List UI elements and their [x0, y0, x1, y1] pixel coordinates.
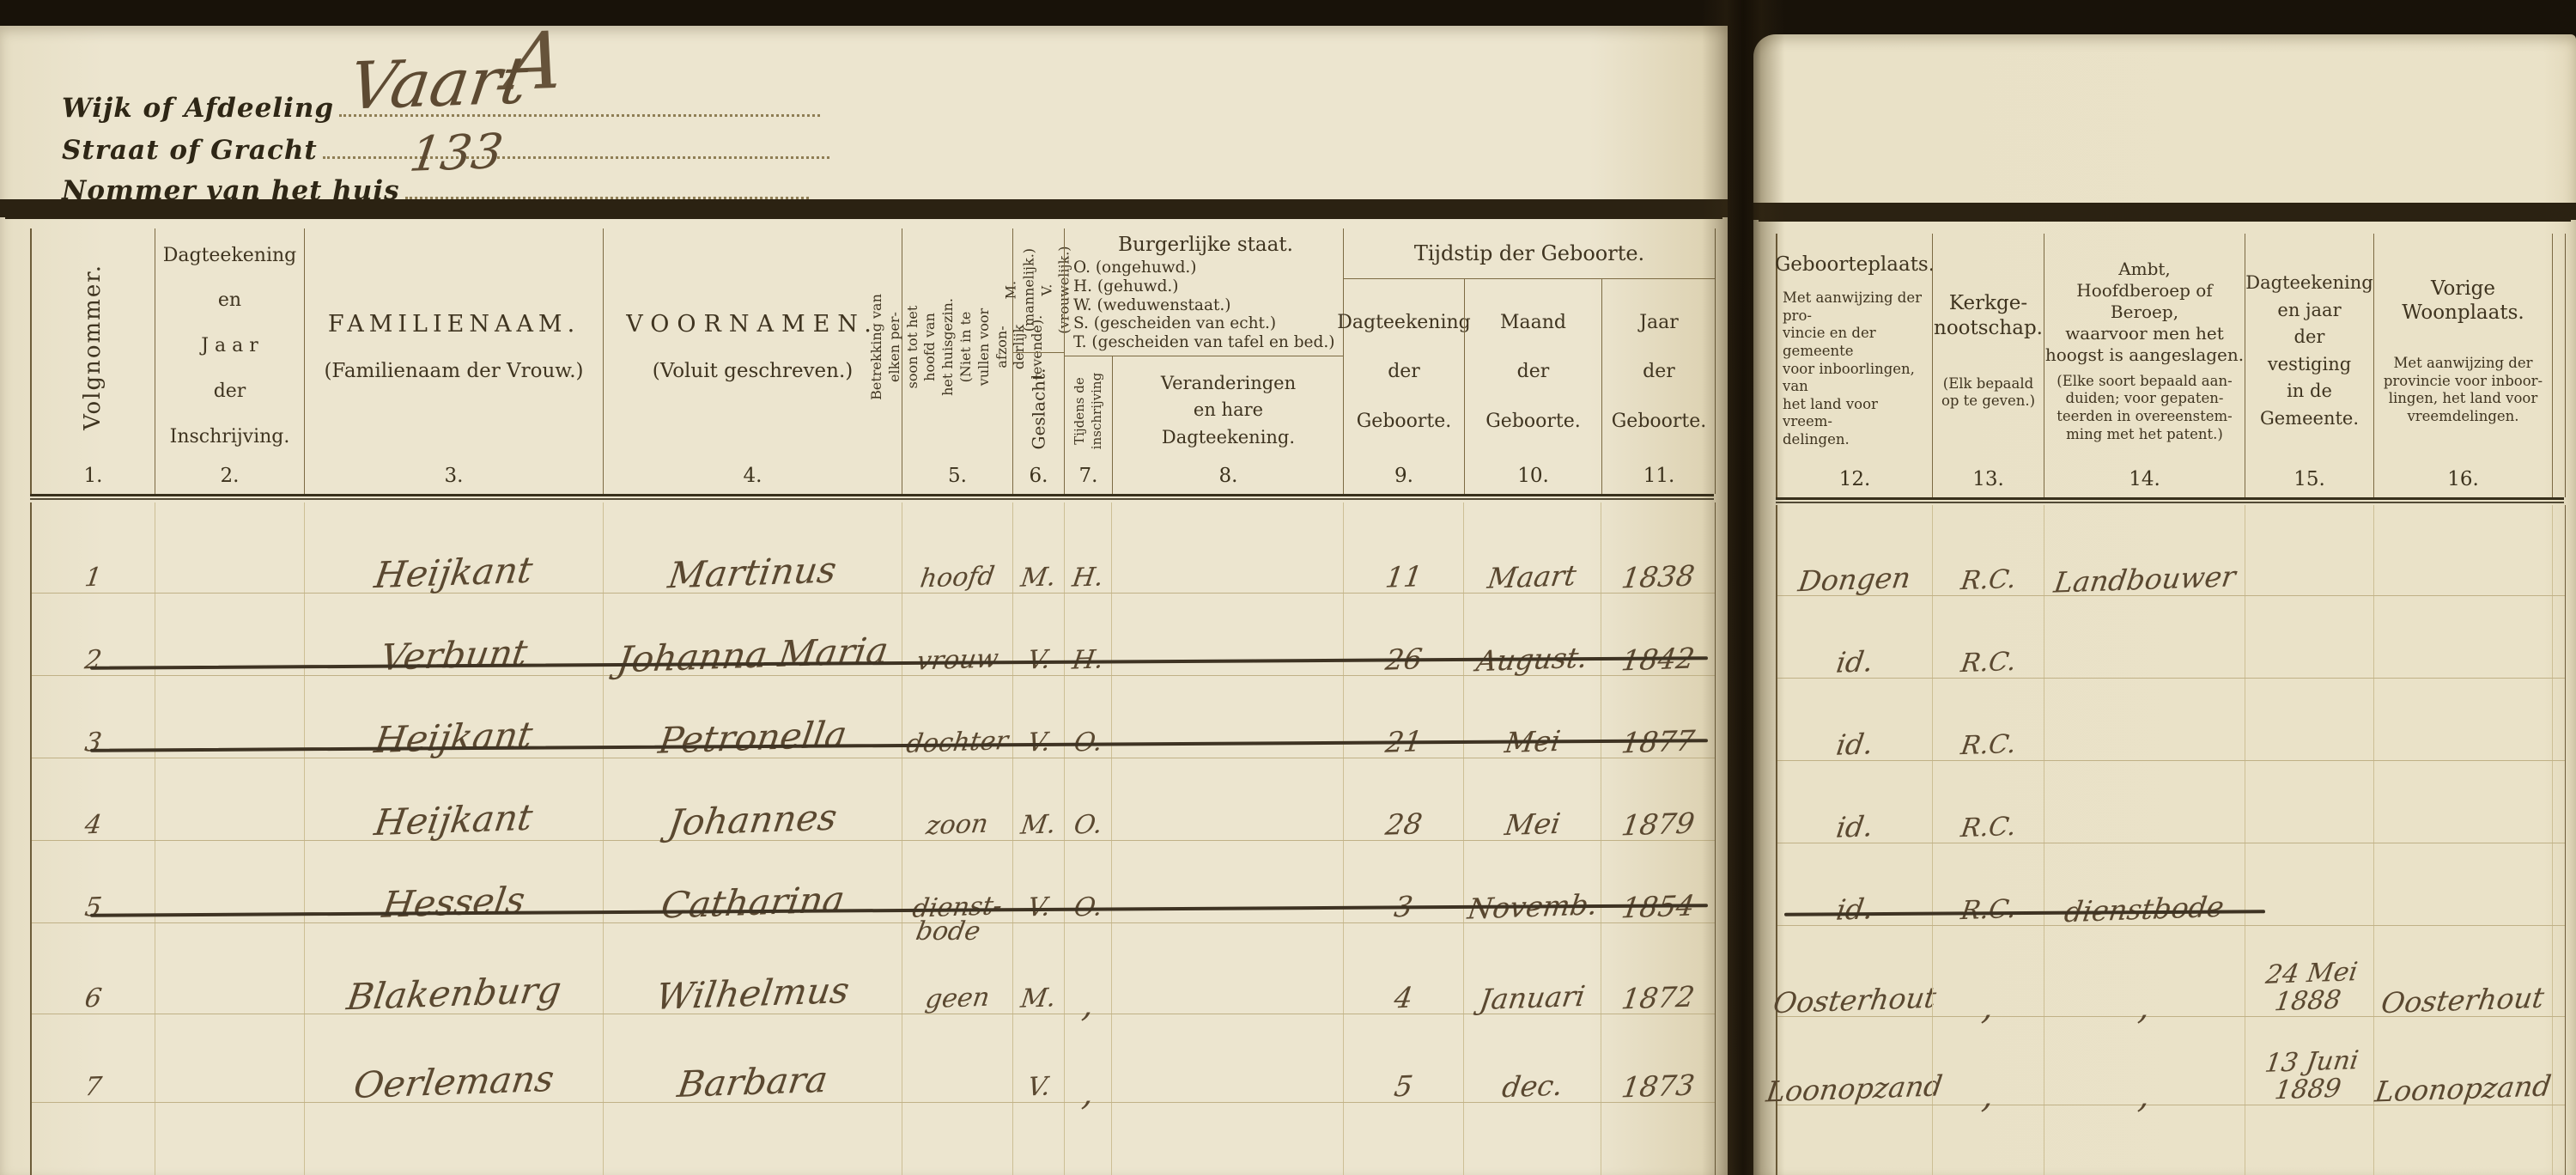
cell-jaar: 1872 — [1601, 923, 1715, 1014]
field-wijk-label: Wijk of Afdeeling — [62, 93, 334, 124]
column-header-betrekking: Betrekking van elken per- soon tot het h… — [902, 228, 1012, 494]
empty-row — [32, 1103, 1715, 1175]
cell-gesl: M. — [1012, 758, 1064, 840]
column-header-kerkgenootschap: Kerkge- nootschap. (Elk bepaald op te ge… — [1932, 234, 2044, 497]
cell-gebpl: id. — [1777, 679, 1932, 760]
cell-blank — [2552, 926, 2565, 1016]
right-page: Geboorteplaats. Met aanwijzing der pro- … — [1753, 34, 2576, 1175]
cell-empty — [2552, 1105, 2565, 1175]
cell-dag: 21 — [1343, 676, 1463, 758]
cell-kerk: R.C. — [1932, 505, 2044, 595]
table-row: 7OerlemansBarbaraV.,5dec.1873 — [32, 1014, 1715, 1103]
table-row: 6BlakenburgWilhelmusgeenM.,4Januari1872 — [32, 923, 1715, 1014]
column-header-volgnommer: Volgnommer. 1. — [32, 228, 155, 494]
cell-beroep — [2044, 596, 2245, 678]
cell-maand: Mei — [1463, 676, 1601, 758]
cell-vorige — [2373, 761, 2552, 843]
cell-jaar: 1873 — [1601, 1014, 1715, 1102]
cell-blank — [2552, 843, 2565, 925]
cell-beroep: Landbouwer — [2044, 505, 2245, 595]
cell-dag: 3 — [1343, 841, 1463, 922]
table-row: Loonopzand,,13 Juni 1889Loonopzand — [1777, 1017, 2565, 1105]
cell-beroep: , — [2044, 926, 2245, 1016]
cell-vorige — [2373, 596, 2552, 678]
cell-maand: Novemb. — [1463, 841, 1601, 922]
table-row: 4HeijkantJohanneszoonM.O.28Mei1879 — [32, 758, 1715, 841]
empty-row — [1777, 1105, 2565, 1175]
cell-blank — [2552, 505, 2565, 595]
cell-blank — [2552, 679, 2565, 760]
table-row: DongenR.C.Landbouwer — [1777, 505, 2565, 596]
table-row: id.R.C. — [1777, 596, 2565, 679]
cell-vest — [2245, 596, 2373, 678]
cell-dag: 26 — [1343, 594, 1463, 675]
cell-vorige: Oosterhout — [2373, 926, 2552, 1016]
cell-gebpl: Loonopzand — [1777, 1017, 1932, 1105]
cell-burg: , — [1064, 923, 1111, 1014]
cell-empty — [1111, 1103, 1343, 1175]
cell-vorige — [2373, 679, 2552, 760]
cell-empty — [902, 1103, 1012, 1175]
cell-empty — [1777, 1105, 1932, 1175]
cell-beroep — [2044, 761, 2245, 843]
table-body-left: 1HeijkantMartinushoofdM.H.11Maart18382Ve… — [30, 502, 1716, 1175]
cell-jaar: 1838 — [1601, 502, 1715, 593]
column-header-maand-geboorte: Maand der Geboorte. 10. — [1464, 279, 1601, 494]
cell-gesl: M. — [1012, 502, 1064, 593]
cell-blank — [2552, 1017, 2565, 1105]
column-header-burgerlijke-staat: Burgerlijke staat. O. (ongehuwd.) H. (ge… — [1064, 228, 1343, 494]
cell-empty — [2044, 1105, 2245, 1175]
cell-dag: 5 — [1343, 1014, 1463, 1102]
cell-gebpl: id. — [1777, 596, 1932, 678]
cell-burg: O. — [1064, 758, 1111, 840]
dotted-line — [405, 183, 809, 199]
column-header-veranderingen: Veranderingen en hare Dagteekening. 8. — [1112, 356, 1344, 494]
cell-n: 7 — [32, 1014, 155, 1102]
cell-kerk: , — [1932, 1017, 2044, 1105]
cell-dag: 11 — [1343, 502, 1463, 593]
table-row: 3HeijkantPetronelladochterV.O.21Mei1877 — [32, 676, 1715, 758]
cell-dag: 28 — [1343, 758, 1463, 840]
cell-vest — [2245, 679, 2373, 760]
cell-verand — [1111, 758, 1343, 840]
column-header-geboorteplaats: Geboorteplaats. Met aanwijzing der pro- … — [1777, 234, 1932, 497]
cell-insch — [155, 841, 304, 922]
cell-blank — [2552, 761, 2565, 843]
cell-jaar: 1877 — [1601, 676, 1715, 758]
cell-fam: Heijkant — [304, 502, 603, 593]
cell-maand: Maart — [1463, 502, 1601, 593]
cell-burg: H. — [1064, 502, 1111, 593]
cell-betr: zoon — [902, 758, 1012, 840]
cell-gebpl: Dongen — [1777, 505, 1932, 595]
left-page: Wijk of Afdeeling Straat of Gracht Nomme… — [0, 26, 1728, 1175]
cell-n: 1 — [32, 502, 155, 593]
cell-insch — [155, 594, 304, 675]
cell-empty — [1932, 1105, 2044, 1175]
cell-empty — [32, 1103, 155, 1175]
cell-gesl: M. — [1012, 923, 1064, 1014]
column-header-edge-sliver — [2552, 234, 2565, 497]
cell-voor: Johannes — [603, 758, 902, 840]
cell-n: 6 — [32, 923, 155, 1014]
cell-betr: hoofd — [902, 502, 1012, 593]
column-header-voornamen: VOORNAMEN. (Voluit geschreven.) 4. — [603, 228, 902, 494]
cell-empty — [1012, 1103, 1064, 1175]
table-header-right: Geboorteplaats. Met aanwijzing der pro- … — [1776, 234, 2566, 497]
column-header-tijdens-inschrijving: Tijdens de inschrijving 7. — [1065, 356, 1112, 494]
population-register-scan: Wijk of Afdeeling Straat of Gracht Nomme… — [0, 0, 2576, 1175]
table-row: 5HesselsCatharinadienst-bodeV.O.3Novemb.… — [32, 841, 1715, 923]
cell-dag: 4 — [1343, 923, 1463, 1014]
column-header-beroep: Ambt, Hoofdberoep of Beroep, waarvoor me… — [2044, 234, 2245, 497]
cell-insch — [155, 758, 304, 840]
cell-n: 4 — [32, 758, 155, 840]
cell-vorige — [2373, 505, 2552, 595]
handwritten-straat-value: Vaart — [344, 41, 532, 124]
cell-vest — [2245, 505, 2373, 595]
cell-vorige — [2373, 843, 2552, 925]
cell-kerk: R.C. — [1932, 596, 2044, 678]
table-row: 1HeijkantMartinushoofdM.H.11Maart1838 — [32, 502, 1715, 594]
field-straat-label: Straat of Gracht — [62, 135, 318, 166]
cell-empty — [2373, 1105, 2552, 1175]
cell-maand: Mei — [1463, 758, 1601, 840]
register-header: Wijk of Afdeeling Straat of Gracht Nomme… — [0, 26, 1728, 198]
cell-betr — [902, 1014, 1012, 1102]
cell-beroep: , — [2044, 1017, 2245, 1105]
cell-vorige: Loonopzand — [2373, 1017, 2552, 1105]
cell-vest: 24 Mei 1888 — [2245, 926, 2373, 1016]
cell-blank — [2552, 596, 2565, 678]
table-header-left: Volgnommer. 1. Dagteekening en J a a r d… — [30, 228, 1716, 494]
cell-gesl: V. — [1012, 1014, 1064, 1102]
cell-maand: dec. — [1463, 1014, 1601, 1102]
cell-jaar: 1879 — [1601, 758, 1715, 840]
cell-n: 2 — [32, 594, 155, 675]
cell-kerk: , — [1932, 926, 2044, 1016]
cell-empty — [1343, 1103, 1463, 1175]
cell-kerk: R.C. — [1932, 679, 2044, 760]
cell-empty — [603, 1103, 902, 1175]
cell-empty — [1463, 1103, 1601, 1175]
column-header-vestiging: Dagteekening en jaar der vestiging in de… — [2245, 234, 2373, 497]
column-header-dag-geboorte: Dagteekening der Geboorte. 9. — [1344, 279, 1464, 494]
cell-jaar: 1854 — [1601, 841, 1715, 922]
table-row: id.R.C. — [1777, 761, 2565, 843]
cell-empty — [2245, 1105, 2373, 1175]
column-header-inschrijving: Dagteekening en J a a r der Inschrijving… — [155, 228, 304, 494]
dotted-line — [323, 143, 829, 159]
cell-voor: Barbara — [603, 1014, 902, 1102]
table-row: id.R.C. — [1777, 679, 2565, 761]
column-header-jaar-geboorte: Jaar der Geboorte. 11. — [1601, 279, 1716, 494]
cell-burg: , — [1064, 1014, 1111, 1102]
cell-verand — [1111, 1014, 1343, 1102]
cell-beroep — [2044, 679, 2245, 760]
cell-verand — [1111, 502, 1343, 593]
table-body-right: DongenR.C.Landbouwerid.R.C.id.R.C.id.R.C… — [1776, 505, 2566, 1175]
cell-jaar: 1842 — [1601, 594, 1715, 675]
column-header-familienaam: FAMILIENAAM. (Familienaam der Vrouw.) 3. — [304, 228, 603, 494]
cell-fam: Oerlemans — [304, 1014, 603, 1102]
cell-insch — [155, 502, 304, 593]
cell-insch — [155, 1014, 304, 1102]
cell-verand — [1111, 923, 1343, 1014]
table-row: 2VerbuntJohanna MariavrouwV.H.26August.1… — [32, 594, 1715, 676]
cell-insch — [155, 676, 304, 758]
cell-vest — [2245, 761, 2373, 843]
cell-voor: Martinus — [603, 502, 902, 593]
cell-kerk: R.C. — [1932, 761, 2044, 843]
cell-empty — [1064, 1103, 1111, 1175]
cell-n: 5 — [32, 841, 155, 922]
column-header-geslacht: M. (mannelijk.) V. (vrouwelijk.) Geslach… — [1012, 228, 1064, 494]
cell-empty — [1601, 1103, 1715, 1175]
cell-gebpl: id. — [1777, 761, 1932, 843]
cell-fam: Heijkant — [304, 758, 603, 840]
divider-band — [0, 199, 1728, 217]
cell-insch — [155, 923, 304, 1014]
cell-maand: August. — [1463, 594, 1601, 675]
cell-voor: Wilhelmus — [603, 923, 902, 1014]
divider-band — [1753, 203, 2576, 220]
cell-empty — [155, 1103, 304, 1175]
table-row: id.R.C.dienstbode — [1777, 843, 2565, 926]
cell-fam: Blakenburg — [304, 923, 603, 1014]
cell-empty — [304, 1103, 603, 1175]
header-rule — [30, 494, 1714, 502]
handwritten-nommer-value: 133 — [406, 124, 507, 183]
column-group-tijdstip-geboorte: Tijdstip der Geboorte. Dagteekening der … — [1343, 228, 1715, 494]
table-row: Oosterhout,,24 Mei 1888Oosterhout — [1777, 926, 2565, 1017]
column-header-vorige-woonplaats: Vorige Woonplaats. Met aanwijzing der pr… — [2373, 234, 2552, 497]
cell-vest: 13 Juni 1889 — [2245, 1017, 2373, 1105]
cell-gebpl: Oosterhout — [1777, 926, 1932, 1016]
header-rule — [1776, 497, 2564, 505]
cell-n: 3 — [32, 676, 155, 758]
cell-maand: Januari — [1463, 923, 1601, 1014]
